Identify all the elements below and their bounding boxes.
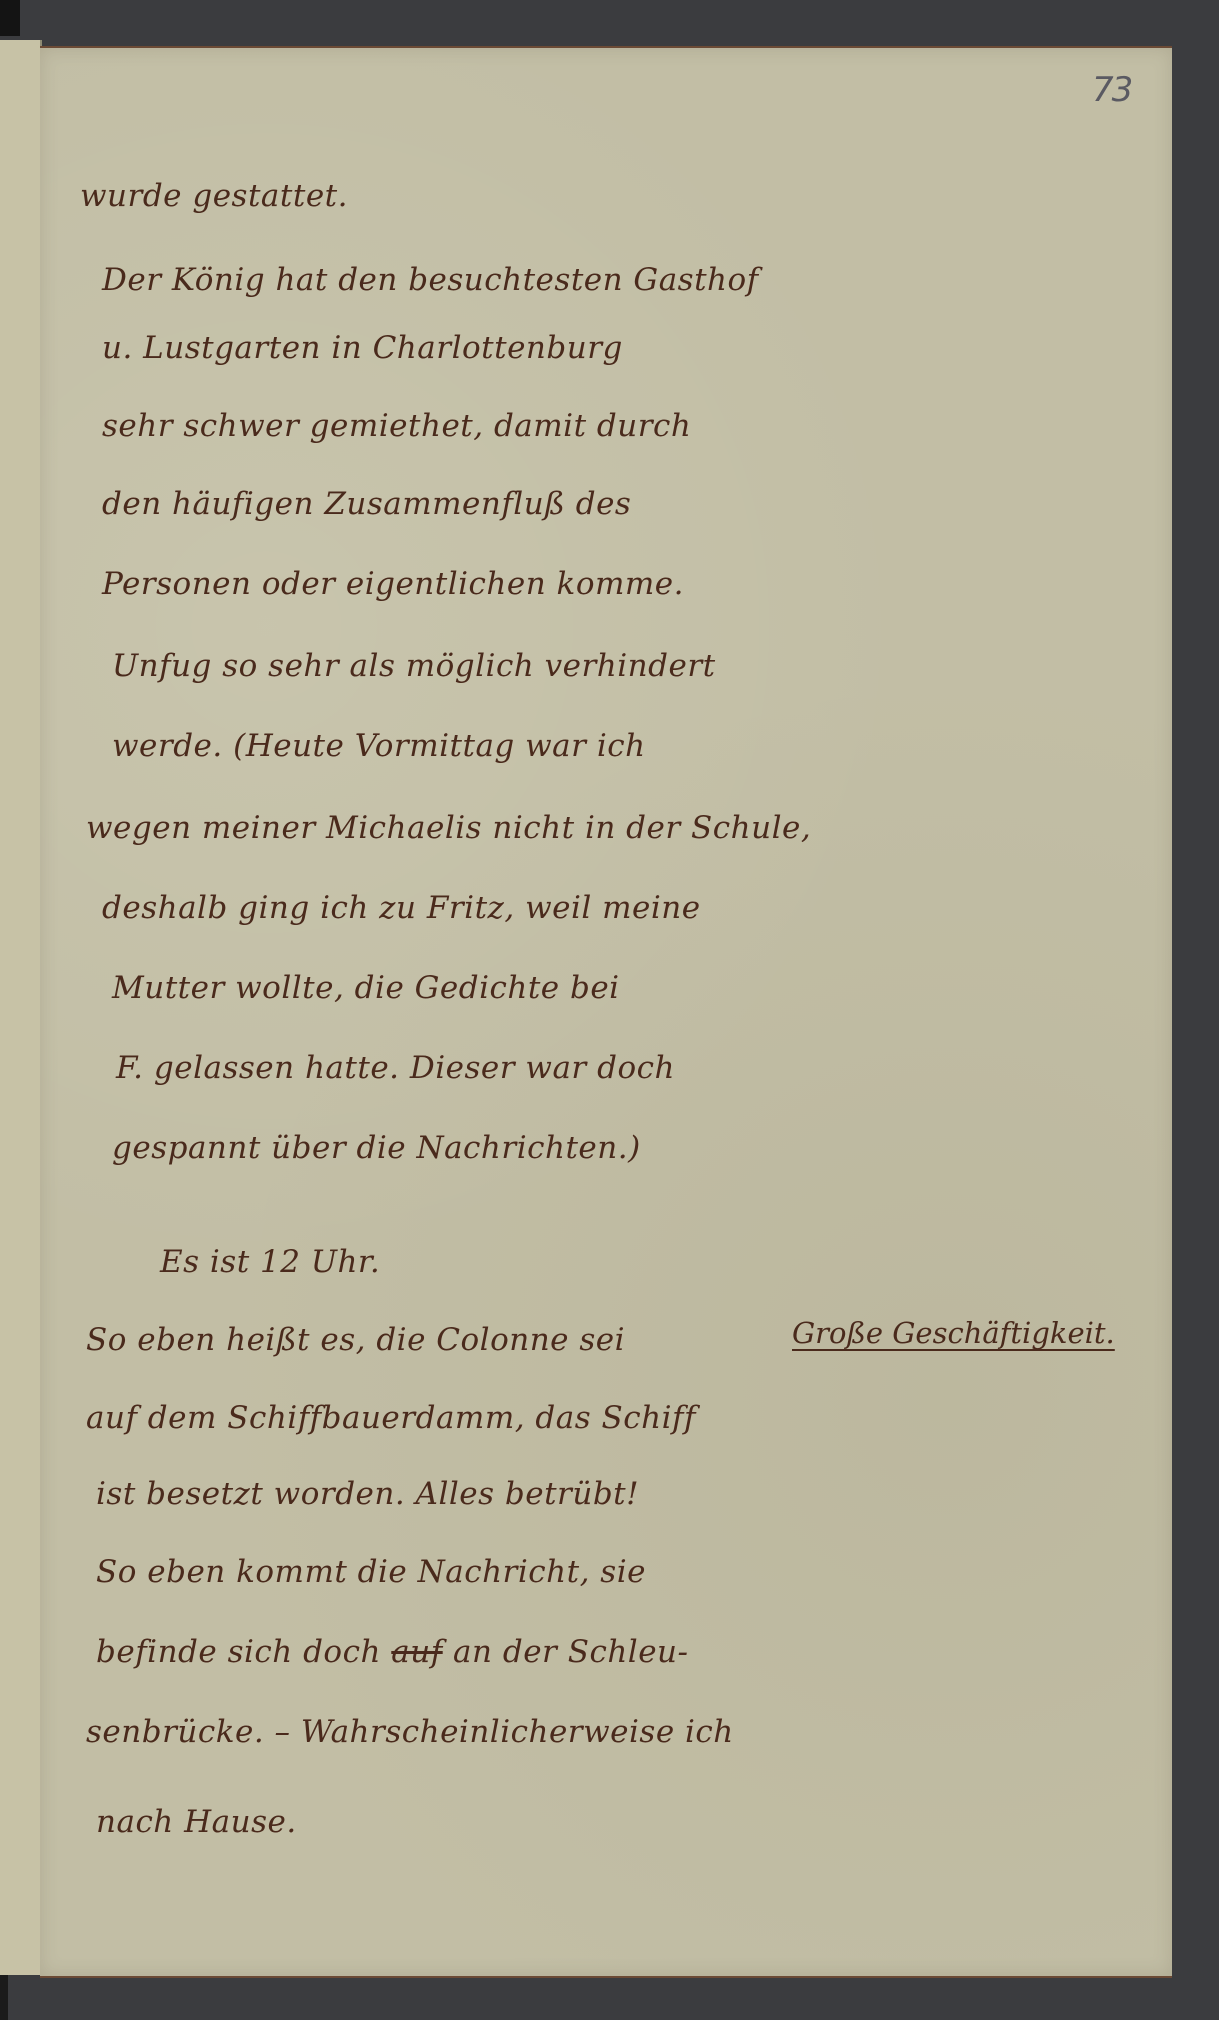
text-line-19-start: befinde sich doch: [96, 1634, 391, 1670]
previous-page-edge: [0, 40, 42, 1975]
text-line-8: werde. (Heute Vormittag war ich: [112, 728, 646, 764]
text-line-18: So eben kommt die Nachricht, sie: [96, 1554, 646, 1590]
text-line-1: wurde gestattet.: [80, 178, 348, 214]
text-line-19: befinde sich doch auf an der Schleu-: [96, 1634, 689, 1670]
text-line-11: Mutter wollte, die Gedichte bei: [112, 970, 620, 1006]
text-line-9: wegen meiner Michaelis nicht in der Schu…: [86, 810, 811, 846]
text-line-20: senbrücke. – Wahrscheinlicherweise ich: [86, 1714, 734, 1750]
text-line-4: sehr schwer gemiethet, damit durch: [102, 408, 691, 444]
text-line-12: F. gelassen hatte. Dieser war doch: [116, 1050, 675, 1086]
binding-shadow: [0, 0, 20, 36]
struck-word: auf: [391, 1634, 442, 1670]
text-line-16: auf dem Schiffbauerdamm, das Schiff: [86, 1400, 696, 1436]
text-line-2: Der König hat den besuchtesten Gasthof: [102, 262, 759, 298]
text-line-19-end: an der Schleu-: [443, 1634, 689, 1670]
margin-note: Große Geschäftigkeit.: [792, 1316, 1115, 1350]
text-line-6: Personen oder eigentlichen komme.: [102, 566, 684, 602]
text-line-15: So eben heißt es, die Colonne sei: [86, 1322, 625, 1358]
text-line-3: u. Lustgarten in Charlottenburg: [102, 330, 623, 366]
text-line-7: Unfug so sehr als möglich verhindert: [112, 648, 716, 684]
text-line-14: Es ist 12 Uhr.: [160, 1244, 380, 1280]
text-line-13: gespannt über die Nachrichten.): [112, 1130, 641, 1166]
text-line-10: deshalb ging ich zu Fritz, weil meine: [102, 890, 701, 926]
text-line-5: den häufigen Zusammenfluß des: [102, 486, 631, 522]
text-line-17: ist besetzt worden. Alles betrübt!: [96, 1476, 639, 1512]
binding-bottom: [0, 1975, 8, 2020]
folio-number: 73: [1092, 70, 1131, 110]
text-line-21: nach Hause.: [96, 1804, 297, 1840]
manuscript-page: 73 wurde gestattet. Der König hat den be…: [40, 46, 1172, 1978]
